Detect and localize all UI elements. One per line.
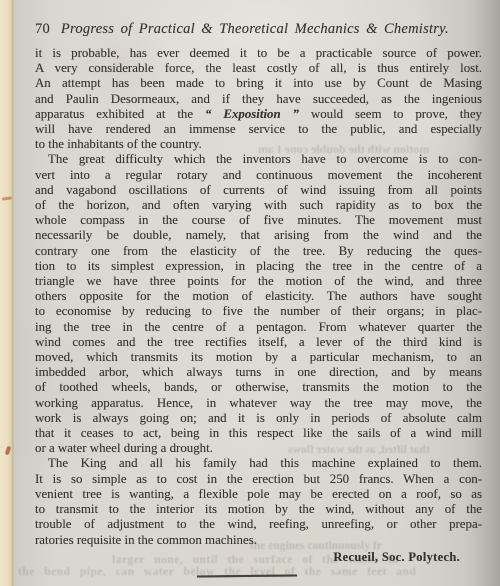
text-line: wind comes and the tree rectifies itself…	[35, 335, 482, 350]
text-line: trouble of adjustment to the wind, reefi…	[35, 517, 482, 532]
text-line: and Paulin Desormeaux, and if they have …	[35, 92, 482, 107]
text-line: to transmit to the interior its motion b…	[35, 502, 482, 517]
bleedthrough-text: larger none, until the surface of the wa…	[112, 554, 399, 566]
paragraph: it is probable, has ever deemed it to be…	[35, 46, 482, 152]
text-line: moved, which transmits its motion by a p…	[35, 350, 482, 365]
text-line: to economise by reducing to five the num…	[35, 304, 482, 319]
text-line: It is so simple as to cost in the erecti…	[35, 472, 482, 487]
text-line: will have rendered an immense service to…	[35, 122, 482, 137]
page-content: 70 Progress of Practical & Theoretical M…	[35, 20, 482, 576]
bleedthrough-text: that lifted, as the water flows	[288, 444, 430, 456]
text-line: work is always going on; and it is only …	[35, 411, 482, 426]
text-line: apparatus exhibited at the “ Exposition …	[35, 107, 482, 122]
text-line: working apparatus. Hence, in whatever wa…	[35, 396, 482, 411]
bleedthrough-text: motion with the double cone I am	[258, 142, 429, 157]
paragraph: The King and all his family had this mac…	[35, 456, 482, 547]
text-line: imbedded arbor, which always turns in on…	[35, 365, 482, 380]
text-line: contrary one from the elasticity of the …	[35, 244, 482, 259]
text-line: tion to its simplest expression, in plac…	[35, 259, 482, 274]
text-line: A very considerable force, the least cos…	[35, 61, 482, 76]
text-line: and vagabond oscillations of currents of…	[35, 183, 482, 198]
scanned-page: 70 Progress of Practical & Theoretical M…	[0, 0, 500, 586]
text-line: ing the tree in the centre of a pentagon…	[35, 320, 482, 335]
text-line: of the horizon, and often varying with s…	[35, 198, 482, 213]
text-line: vert into a regular rotary and continuou…	[35, 168, 482, 183]
text-line: that it ceases to act, being in this res…	[35, 426, 482, 441]
text-line: others opposite for the motion of elasti…	[35, 289, 482, 304]
text-line: triangle we have three points for the mo…	[35, 274, 482, 289]
text-line: venient tree is wanting, a flexible pole…	[35, 487, 482, 502]
text-line: it is probable, has ever deemed it to be…	[35, 46, 482, 61]
adjacent-page-edge	[0, 0, 14, 586]
text-line: whole compass in the course of five minu…	[35, 213, 482, 228]
bleedthrough-text: the bend pipe, can water below the level…	[18, 566, 416, 578]
text-line: necessarily be double, namely, that aris…	[35, 228, 482, 243]
page: 70 Progress of Practical & Theoretical M…	[14, 0, 500, 586]
text-line: The King and all his family had this mac…	[35, 456, 482, 471]
body-text: it is probable, has ever deemed it to be…	[35, 46, 482, 548]
text-line: of toothed wheels, bands, or otherwise, …	[35, 380, 482, 395]
running-title: Progress of Practical & Theoretical Mech…	[61, 20, 449, 38]
bleedthrough-text: the engines continuously fr	[250, 540, 382, 552]
paragraph: The great difficulty which the inventors…	[35, 152, 482, 456]
page-number: 70	[35, 20, 50, 38]
running-header: 70 Progress of Practical & Theoretical M…	[35, 20, 482, 38]
text-line: An attempt has been made to bring it int…	[35, 76, 482, 91]
